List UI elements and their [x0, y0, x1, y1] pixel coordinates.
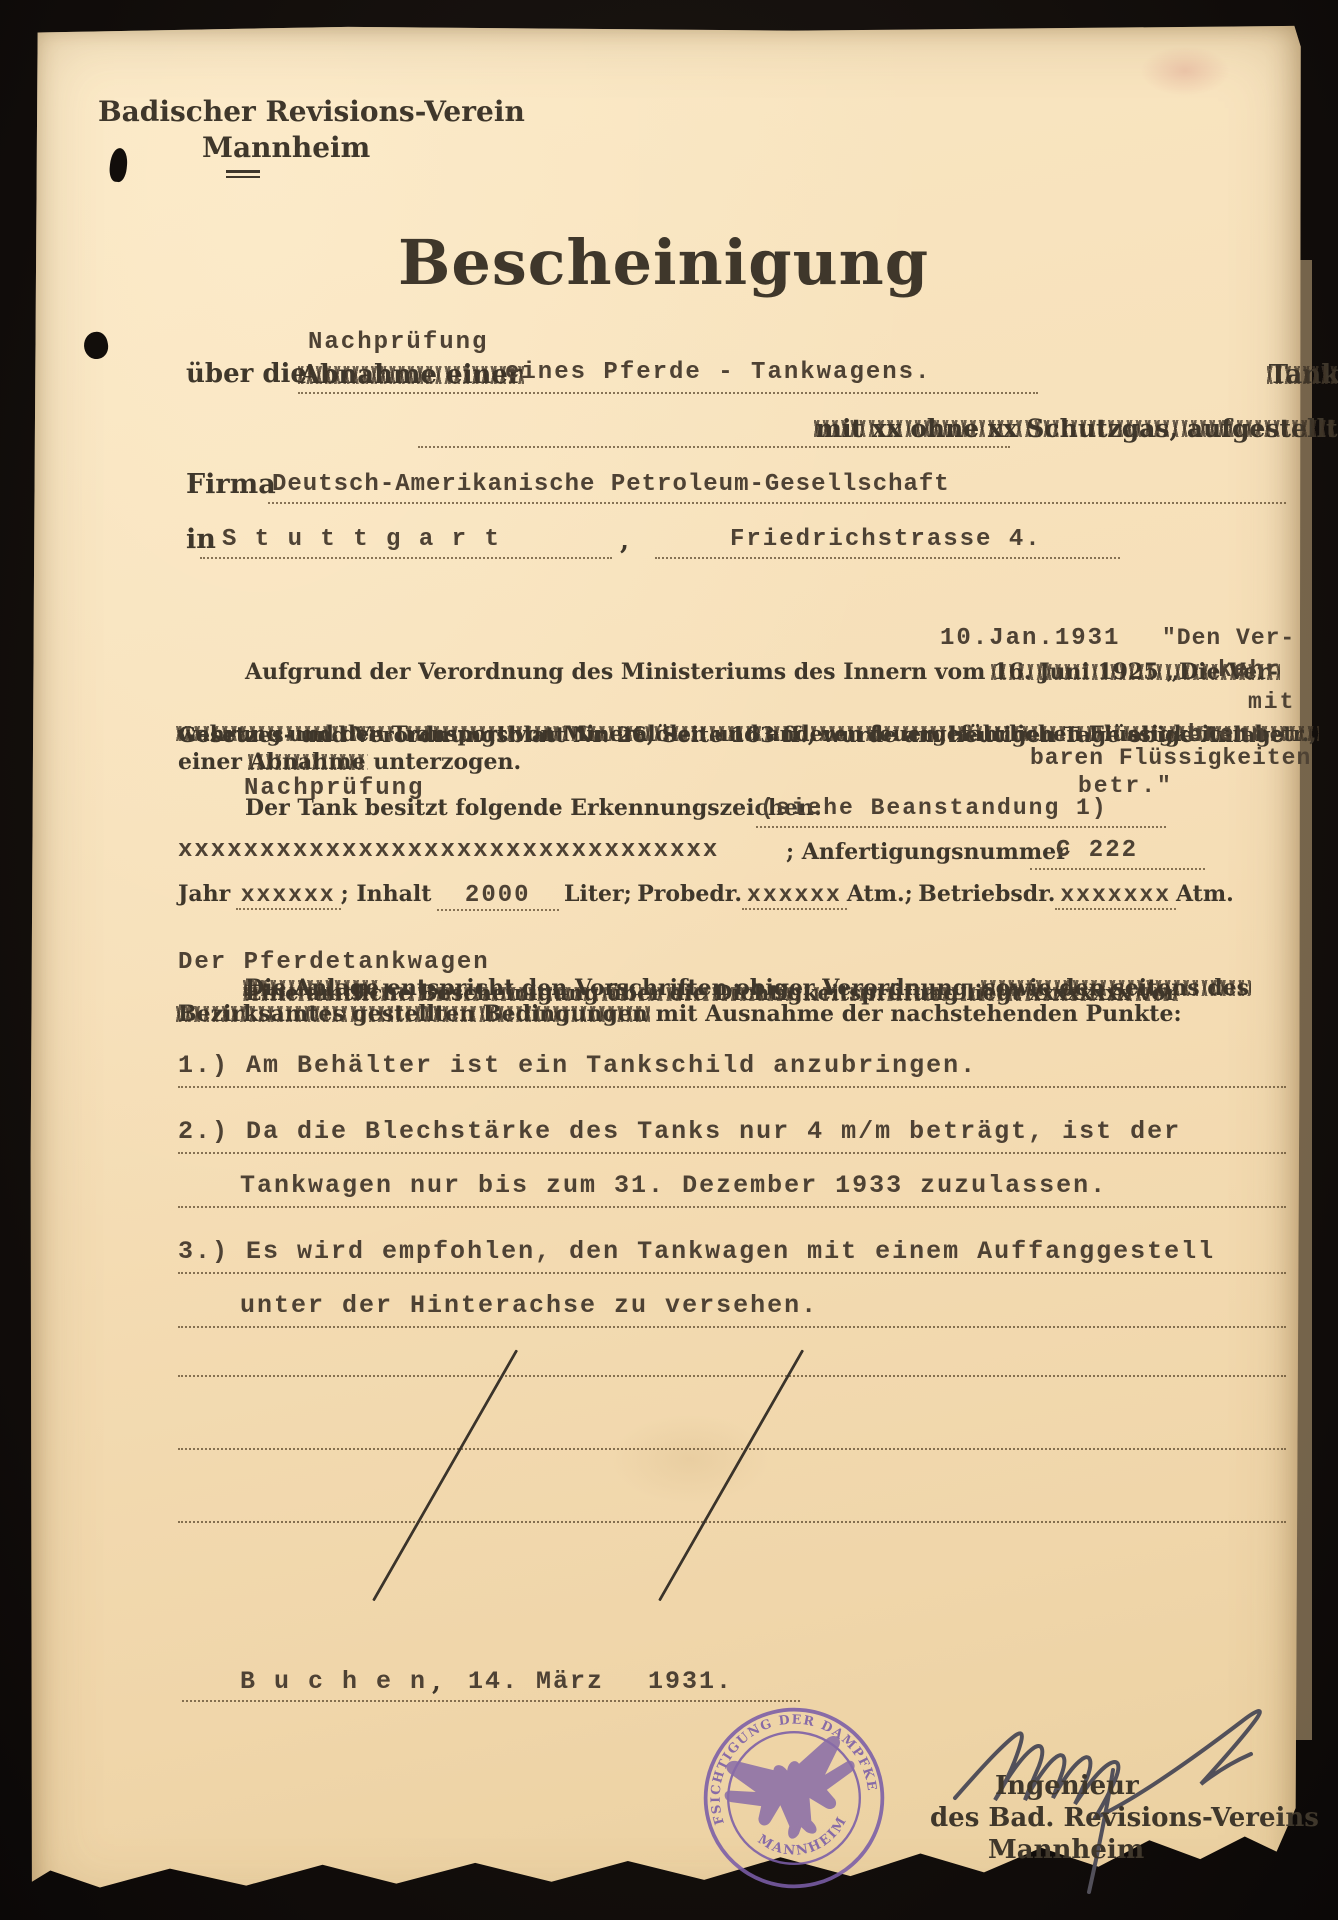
subject-struck: Abnahme einer: [300, 361, 522, 390]
anlage-mid: entspricht den Vorschriften obiger Veror…: [387, 975, 976, 1001]
inhalt-value-typed: 2000: [437, 882, 559, 911]
dotted-line: [298, 392, 1038, 394]
firma-label: Firma: [186, 470, 276, 500]
bezirksamt-row: Bezirksamtes gestellten Bedingungen mit …: [178, 1002, 1182, 1027]
photo-backdrop: Badischer Revisions-Verein Mannheim Besc…: [0, 0, 1338, 1920]
letterhead-city: Mannheim: [202, 132, 370, 163]
point-2-num: 2.): [178, 1117, 229, 1146]
paper-stain: [1140, 46, 1230, 96]
document-title: Bescheinigung: [398, 228, 929, 297]
bezirksamt-struck: Bezirksamtes gestellten Bedingungen: [178, 1002, 648, 1027]
dotted-line: [178, 1152, 1286, 1154]
dotted-line: [178, 1326, 1286, 1328]
subject-prefix: über die: [186, 360, 307, 389]
dotted-line: [756, 826, 1166, 828]
point-3-line1: Es wird empfohlen, den Tankwagen mit ein…: [246, 1237, 1215, 1266]
body-row1: Aufgrund der Verordnung des Ministeriums…: [245, 660, 1278, 685]
location-label: in: [186, 525, 216, 555]
anlage-row: Die Anlage entspricht den Vorschriften o…: [245, 976, 1249, 1001]
bezirksamt-post: mit Ausnahme der nachstehenden Punkte:: [656, 1001, 1182, 1027]
body-row4-post: unterzogen.: [373, 749, 521, 775]
signer-role: Ingenieur: [995, 1772, 1139, 1801]
footer-date-typed: 14. März: [468, 1668, 604, 1696]
dotted-line: [268, 502, 1286, 504]
anlage-struck: Die Anlage: [245, 976, 379, 1001]
margin-quote-l5: baren Flüssigkeiten: [1030, 746, 1311, 772]
liter-label: Liter;: [564, 881, 632, 907]
betriebsdr-fill-typed: xxxxxxx: [1055, 882, 1176, 910]
body-row4-struck: Abnahme: [250, 750, 366, 775]
point-2: 2.) Da die Blechstärke des Tanks nur 4 m…: [178, 1118, 1181, 1146]
xrow-typed: xxxxxxxxxxxxxxxxxxxxxxxxxxxxxxxxx: [178, 838, 719, 865]
subject-typed-value: eines Pferde - Tankwagens.: [505, 360, 931, 387]
dotted-line: [178, 1375, 1286, 1377]
anlage-struck2: sowie den seitens des: [983, 976, 1249, 1001]
paper-stain: [610, 1414, 770, 1504]
signer-city: Mannheim: [988, 1836, 1144, 1865]
location-city-typed: S t u t t g a r t: [222, 527, 501, 554]
body-row4: einer Abnahme unterzogen.: [178, 750, 521, 775]
dotted-line: [200, 557, 612, 559]
dotted-line: [1030, 868, 1205, 870]
dotted-line: [178, 1521, 1286, 1523]
point-3: 3.) Es wird empfohlen, den Tankwagen mit…: [178, 1238, 1215, 1266]
point-2-line2: Tankwagen nur bis zum 31. Dezember 1933 …: [240, 1172, 1107, 1200]
margin-quote-l3: mit: [1248, 690, 1295, 716]
inhalt-label: ; Inhalt: [341, 881, 432, 907]
atm2-label: Atm.: [1176, 881, 1234, 907]
tank-row-typed: (siehe Beanstandung 1): [760, 796, 1108, 822]
dotted-line: [178, 1448, 1286, 1450]
margin-quote-l4: brenn-: [1188, 722, 1283, 748]
margin-quote-l1: "Den Ver-: [1162, 626, 1295, 652]
atm1-label: Atm.;: [847, 881, 913, 907]
body-row1-pre: Aufgrund der Verordnung des Ministeriums…: [245, 659, 985, 685]
tank-row-pre: Der Tank besitzt folgende Erkennungszeic…: [245, 796, 822, 821]
jahr-fill-typed: xxxxxx: [236, 882, 341, 910]
anfertigung-label: ; Anfertigungsnummer: [786, 840, 1068, 865]
footer-comma: ,: [432, 1668, 441, 1696]
point-3-num: 3.): [178, 1237, 229, 1266]
probedr-fill-typed: xxxxxx: [742, 882, 847, 910]
point-3-line2: unter der Hinterachse zu versehen.: [240, 1292, 818, 1320]
point-1-line1: Am Behälter ist ein Tankschild anzubring…: [246, 1051, 977, 1080]
point-1-num: 1.): [178, 1051, 229, 1080]
anfertigung-value-typed: C 222: [1056, 838, 1138, 865]
letterhead-rule-top: [226, 170, 260, 173]
location-street-typed: Friedrichstrasse 4.: [730, 527, 1042, 554]
subject-right-struck: Tankanlage: [1269, 361, 1338, 390]
dotted-line: [178, 1086, 1286, 1088]
point-1: 1.) Am Behälter ist ein Tankschild anzub…: [178, 1052, 977, 1080]
dotted-line: [178, 1206, 1286, 1208]
pferdetankwagen-typed: Der Pferdetankwagen: [178, 950, 490, 977]
subject-line2-struck: mit xx ohne xx Schutzgas, aufgestellt be…: [816, 415, 1338, 443]
point-2-line1: Da die Blechstärke des Tanks nur 4 m/m b…: [246, 1117, 1181, 1146]
letterhead-rule-bottom: [226, 176, 260, 178]
footer-city-typed: B u c h e n: [240, 1668, 427, 1696]
betriebsdr-label: Betriebsdr.: [918, 881, 1055, 907]
dotted-line: [655, 557, 1120, 559]
probedr-label: Probedr.: [637, 881, 742, 907]
margin-quote-l2: kehr: [1218, 658, 1281, 684]
jahr-label: Jahr: [178, 881, 230, 907]
typed-date: 10.Jan.1931: [940, 626, 1120, 653]
dotted-line: [182, 1700, 800, 1702]
footer-year-typed: 1931.: [648, 1668, 733, 1696]
firma-value-typed: Deutsch-Amerikanische Petroleum-Gesellsc…: [272, 472, 950, 499]
spec-row: Jahr xxxxxx; Inhalt 2000 Liter; Probedr.…: [178, 882, 1234, 910]
letterhead-org: Badischer Revisions-Verein: [98, 96, 525, 127]
signer-org: des Bad. Revisions-Vereins: [930, 1804, 1319, 1833]
location-comma: ,: [620, 527, 629, 556]
subject-insert-typed: Nachprüfung: [308, 330, 488, 357]
body-row4-pre: einer: [178, 749, 242, 775]
dotted-line: [418, 446, 1010, 448]
dotted-line: [178, 1272, 1286, 1274]
